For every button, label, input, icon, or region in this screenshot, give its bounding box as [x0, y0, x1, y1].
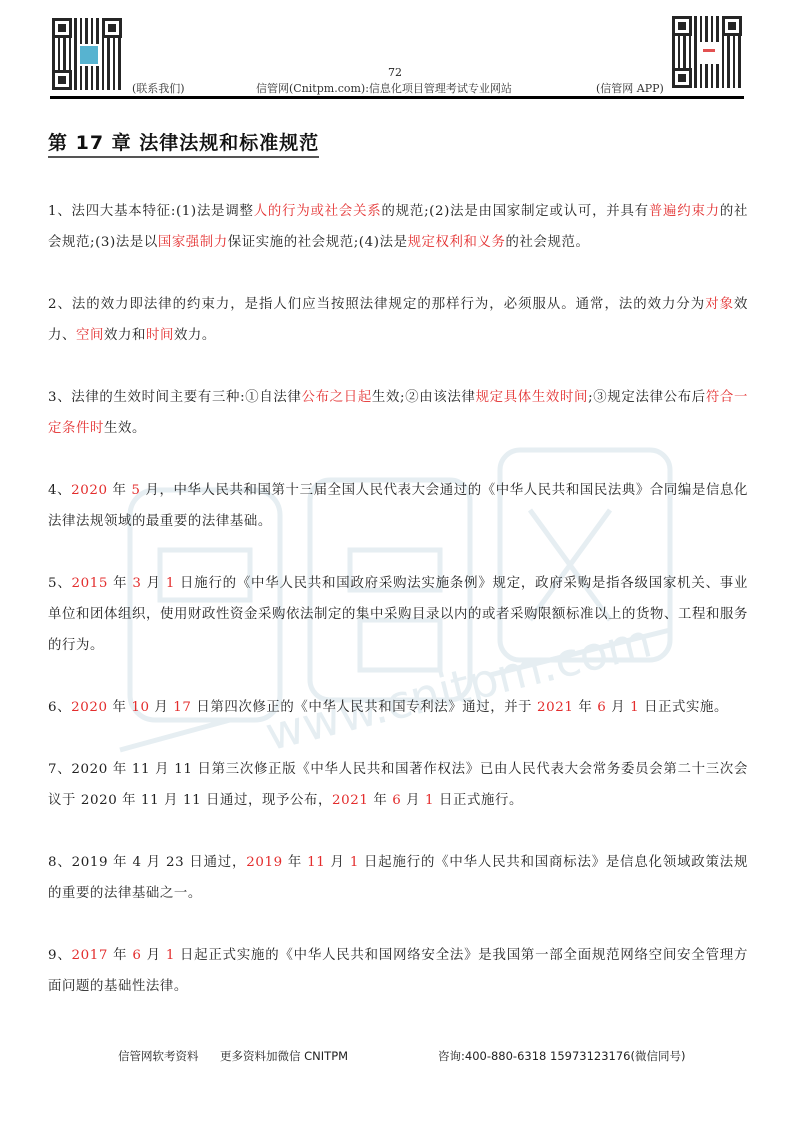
site-title: 信管网(Cnitpm.com):信息化项目管理考试专业网站 — [256, 80, 512, 96]
contact-qr-code-icon — [52, 18, 122, 90]
highlight-text: 17 — [173, 700, 191, 715]
body-text: 月 — [142, 948, 166, 963]
highlight-text: 5 — [131, 483, 140, 498]
body-text: 年 — [108, 700, 132, 715]
highlight-text: 空间 — [76, 328, 104, 343]
highlight-text: 3 — [132, 576, 141, 591]
highlight-text: 2019 — [246, 855, 282, 870]
body-text: 生效;②由该法律 — [372, 390, 476, 405]
highlight-text: 2015 — [72, 576, 108, 591]
body-text: 效力和 — [104, 328, 146, 343]
body-text: 年 — [368, 793, 392, 808]
body-text: 1、法四大基本特征:(1)法是调整 — [48, 204, 254, 219]
paragraph-6: 6、2020 年 10 月 17 日第四次修正的《中华人民共和国专利法》通过，并… — [48, 692, 748, 723]
body-text: ;③规定法律公布后 — [588, 390, 706, 405]
highlight-text: 11 — [307, 855, 325, 870]
highlight-text: 公布之日起 — [302, 390, 372, 405]
highlight-text: 国家强制力 — [158, 235, 228, 250]
paragraph-5: 5、2015 年 3 月 1 日施行的《中华人民共和国政府采购法实施条例》规定，… — [48, 568, 748, 661]
highlight-text: 2021 — [537, 700, 573, 715]
paragraph-9: 9、2017 年 6 月 1 日起正式实施的《中华人民共和国网络安全法》是我国第… — [48, 940, 748, 1002]
body-text: 8、2019 年 4 月 23 日通过， — [48, 855, 246, 870]
app-qr-code-icon — [672, 16, 742, 88]
highlight-text: 人的行为或社会关系 — [254, 204, 382, 219]
highlight-text: 1 — [350, 855, 359, 870]
highlight-text: 对象 — [705, 297, 734, 312]
header-divider — [50, 96, 744, 99]
highlight-text: 2020 — [71, 700, 107, 715]
body-text: 月 — [606, 700, 630, 715]
chapter-title: 第 17 章 法律法规和标准规范 — [48, 128, 319, 158]
highlight-text: 1 — [166, 948, 175, 963]
body-text: 年 — [108, 576, 132, 591]
highlight-text: 2020 — [71, 483, 107, 498]
body-text: 3、法律的生效时间主要有三种:①自法律 — [48, 390, 302, 405]
paragraph-4: 4、2020 年 5 月，中华人民共和国第十三届全国人民代表大会通过的《中华人民… — [48, 475, 748, 537]
highlight-text: 2021 — [332, 793, 368, 808]
document-body: 1、法四大基本特征:(1)法是调整人的行为或社会关系的规范;(2)法是由国家制定… — [48, 196, 748, 1033]
paragraph-3: 3、法律的生效时间主要有三种:①自法律公布之日起生效;②由该法律规定具体生效时间… — [48, 382, 748, 444]
body-text: 月 — [401, 793, 425, 808]
body-text: 日正式实施。 — [639, 700, 728, 715]
page-number: 72 — [388, 66, 402, 79]
highlight-text: 6 — [392, 793, 401, 808]
highlight-text: 时间 — [146, 328, 174, 343]
paragraph-8: 8、2019 年 4 月 23 日通过，2019 年 11 月 1 日起施行的《… — [48, 847, 748, 909]
body-text: 年 — [574, 700, 598, 715]
contact-us-label: (联系我们) — [132, 80, 185, 96]
body-text: 日正式施行。 — [434, 793, 523, 808]
footer-brand: 信管网软考资料 — [118, 1048, 199, 1064]
footer-consult-phone: 咨询:400-880-6318 — [438, 1048, 546, 1064]
body-text: 月 — [325, 855, 349, 870]
body-text: 保证实施的社会规范;(4)法是 — [228, 235, 408, 250]
highlight-text: 6 — [597, 700, 606, 715]
body-text: 4、 — [48, 483, 71, 498]
body-text: 年 — [283, 855, 307, 870]
page-header: (联系我们) 72 信管网(Cnitpm.com):信息化项目管理考试专业网站 … — [50, 18, 744, 96]
body-text: 的社会规范。 — [506, 235, 590, 250]
body-text: 9、 — [48, 948, 72, 963]
highlight-text: 规定权利和义务 — [408, 235, 506, 250]
highlight-text: 1 — [166, 576, 175, 591]
footer-wechat-note: 更多资料加微信 CNITPM — [220, 1048, 348, 1064]
highlight-text: 1 — [630, 700, 639, 715]
body-text: 生效。 — [104, 421, 146, 436]
body-text: 5、 — [48, 576, 72, 591]
body-text: 效力。 — [174, 328, 216, 343]
paragraph-2: 2、法的效力即法律的约束力，是指人们应当按照法律规定的那样行为，必须服从。通常，… — [48, 289, 748, 351]
body-text: 日第四次修正的《中华人民共和国专利法》通过，并于 — [192, 700, 538, 715]
highlight-text: 普遍约束力 — [649, 204, 720, 219]
highlight-text: 6 — [132, 948, 141, 963]
body-text: 月 — [142, 576, 166, 591]
highlight-text: 2017 — [72, 948, 108, 963]
highlight-text: 1 — [425, 793, 434, 808]
highlight-text: 10 — [131, 700, 149, 715]
body-text: 6、 — [48, 700, 71, 715]
body-text: 月，中华人民共和国第十三届全国人民代表大会通过的《中华人民共和国民法典》合同编是… — [48, 483, 748, 529]
body-text: 的规范;(2)法是由国家制定或认可，并具有 — [381, 204, 648, 219]
app-label: (信管网 APP) — [596, 80, 664, 96]
paragraph-1: 1、法四大基本特征:(1)法是调整人的行为或社会关系的规范;(2)法是由国家制定… — [48, 196, 748, 258]
body-text: 月 — [150, 700, 174, 715]
body-text: 年 — [108, 948, 132, 963]
body-text: 2、法的效力即法律的约束力，是指人们应当按照法律规定的那样行为，必须服从。通常，… — [48, 297, 705, 312]
highlight-text: 规定具体生效时间 — [476, 390, 589, 405]
paragraph-7: 7、2020 年 11 月 11 日第三次修正版《中华人民共和国著作权法》已由人… — [48, 754, 748, 816]
footer-wechat-phone: 15973123176(微信同号) — [550, 1048, 685, 1064]
body-text: 年 — [108, 483, 132, 498]
